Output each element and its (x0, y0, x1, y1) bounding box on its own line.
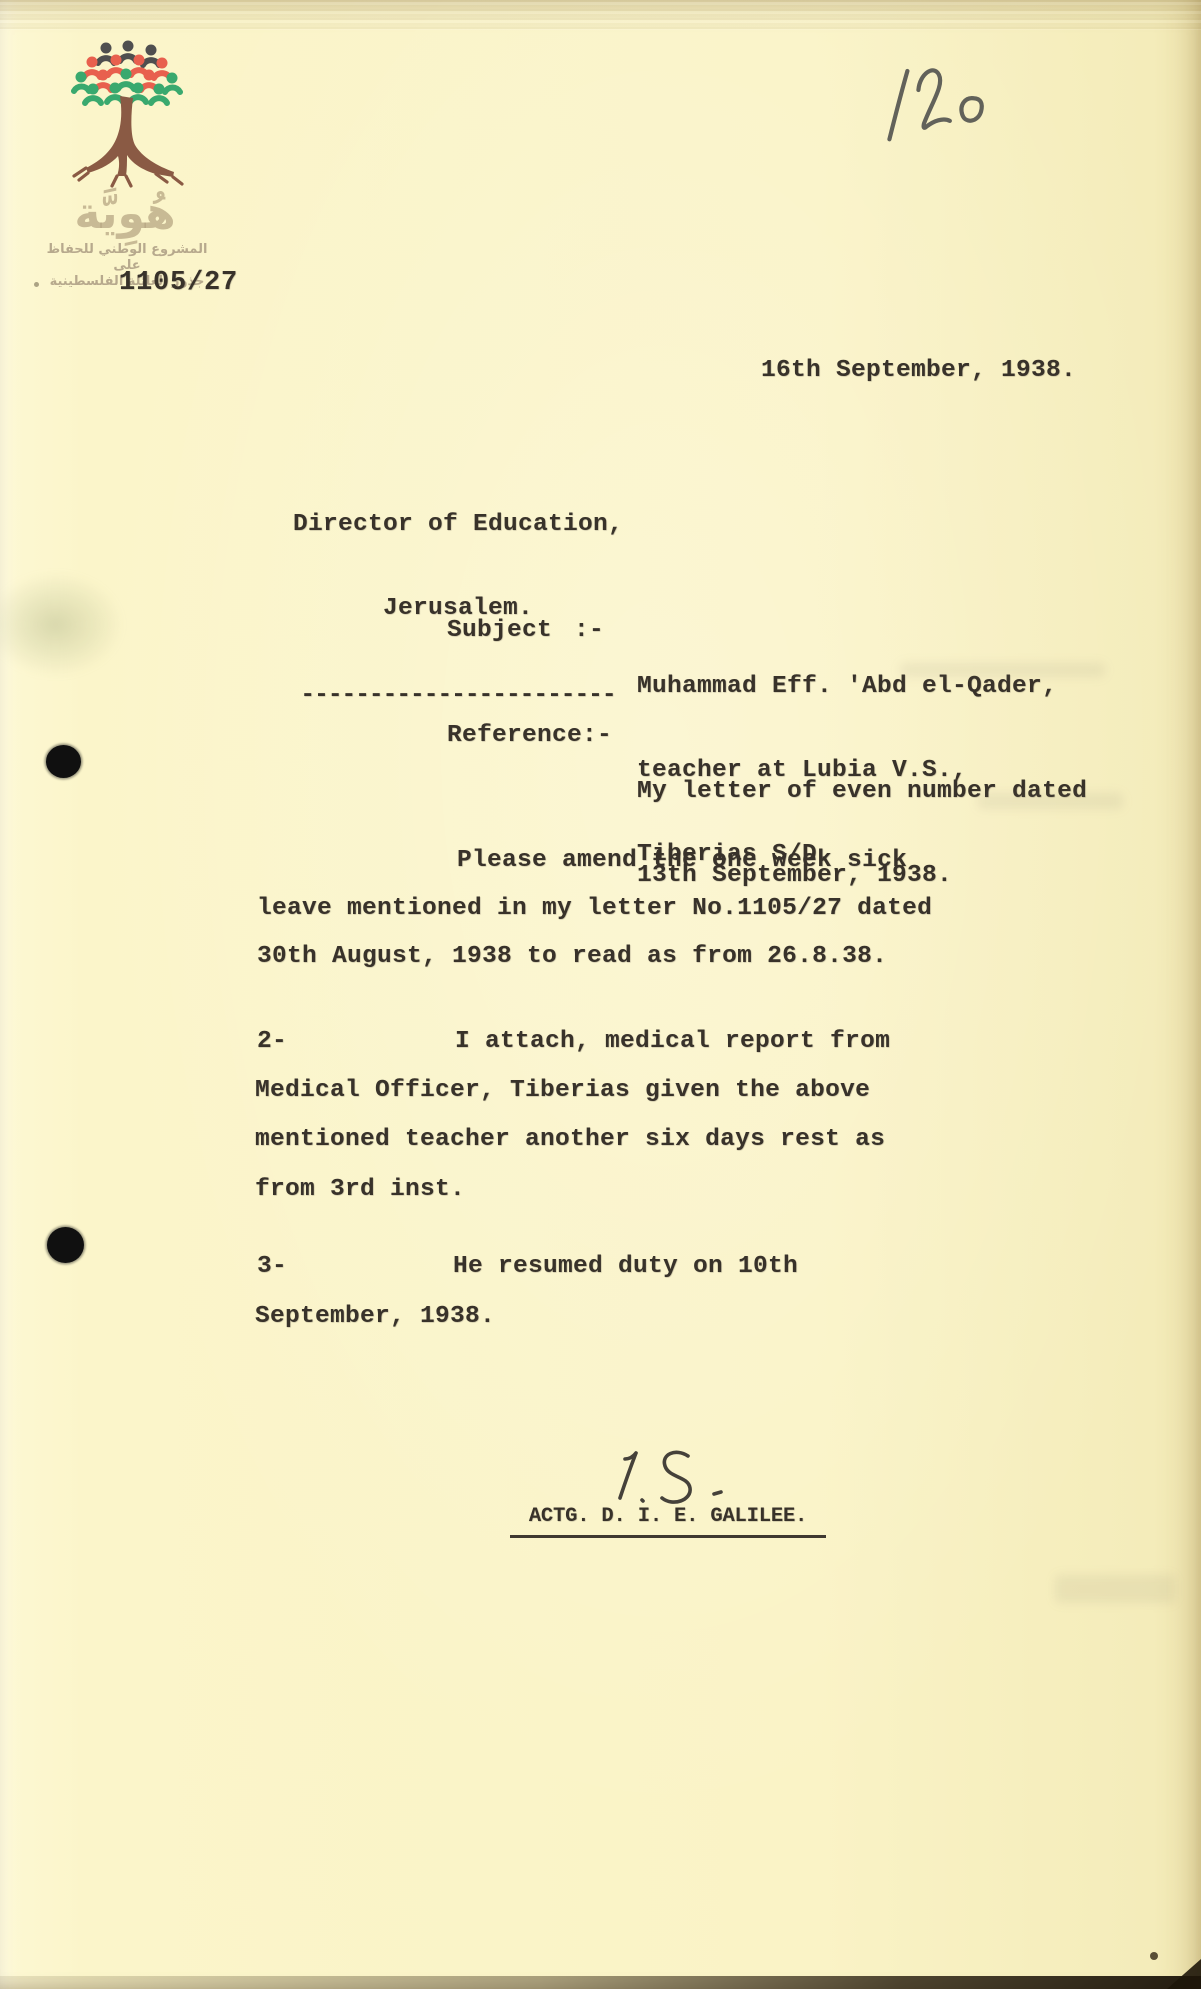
logo-calligraphy: هُوِيَّة (55, 188, 195, 239)
body-line: Medical Officer, Tiberias given the abov… (255, 1077, 870, 1104)
body-line: mentioned teacher another six days rest … (255, 1126, 885, 1153)
subject-separator: :- (574, 617, 604, 644)
hole-punch-mark (47, 1227, 84, 1263)
signature-typed-name: ACTG. D. I. E. GALILEE. (510, 1505, 826, 1538)
addressee-line1: Director of Education, (286, 511, 630, 539)
body-line: from 3rd inst. (255, 1176, 465, 1203)
reference-label: Reference:- (447, 722, 612, 749)
body-line: He resumed duty on 10th (453, 1253, 798, 1280)
handwritten-initials (598, 1446, 732, 1508)
scan-speck (1150, 1952, 1158, 1960)
subject-line: Muhammad Eff. 'Abd el-Qader, (637, 673, 1057, 701)
file-reference-number: 1105/27 (119, 268, 238, 298)
hole-punch-mark (46, 745, 81, 778)
bleed-through-artifact (900, 663, 1105, 677)
body-line: 30th August, 1938 to read as from 26.8.3… (257, 943, 887, 970)
addressee-typed-underline: ----------------------- (286, 682, 630, 710)
bleed-through-artifact (978, 793, 1123, 809)
body-line: Please amend the one week sick (457, 847, 907, 874)
bleed-through-artifact (1055, 1575, 1175, 1603)
scan-top-edge-texture (0, 0, 1201, 30)
paper-stain (0, 572, 123, 677)
addressee-block: Director of Education, Jerusalem. ------… (286, 455, 630, 766)
body-line: I attach, medical report from (455, 1028, 890, 1055)
paragraph-number: 2- (257, 1028, 287, 1055)
handwritten-archive-number (868, 53, 1008, 154)
paragraph-number: 3- (257, 1253, 287, 1280)
scan-speck (34, 282, 39, 287)
letter-date: 16th September, 1938. (761, 357, 1076, 384)
scan-bottom-edge-shadow (0, 1976, 1201, 1989)
body-line: leave mentioned in my letter No.1105/27 … (257, 895, 932, 922)
huwiyya-tree-logo-icon (70, 40, 184, 192)
scan-corner-shadow (1167, 1959, 1201, 1989)
body-line: September, 1938. (255, 1303, 495, 1330)
subject-label: Subject (447, 617, 552, 644)
document-page: هُوِيَّة المشروع الوطني للحفاظ على جذور … (0, 0, 1201, 1989)
